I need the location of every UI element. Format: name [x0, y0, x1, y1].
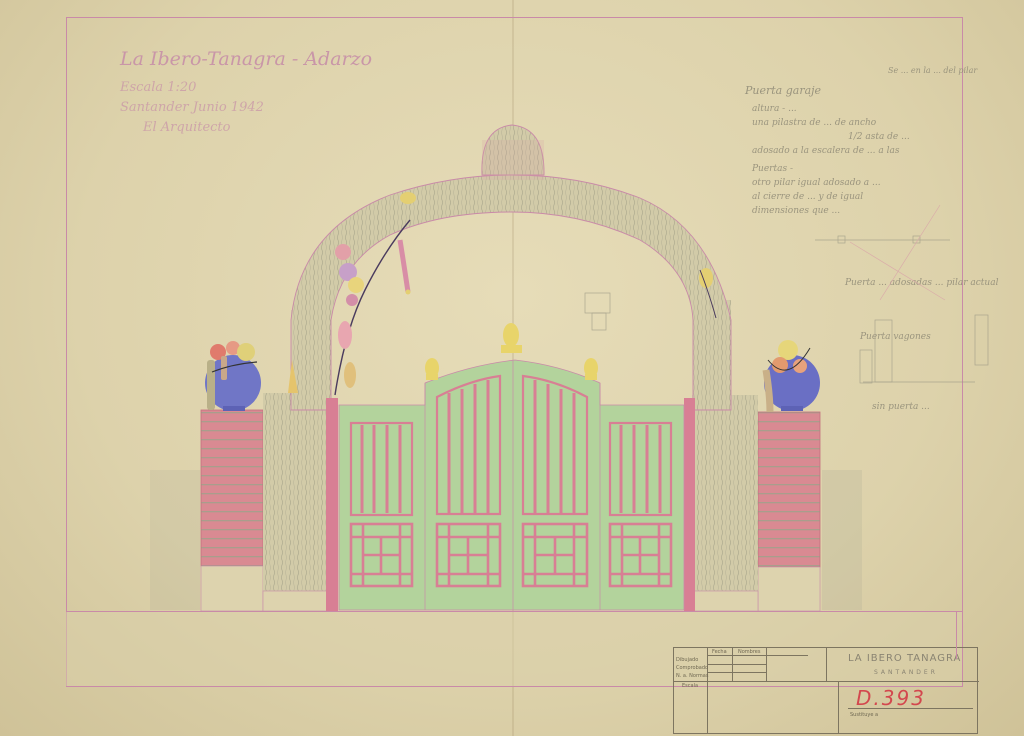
company-name: LA IBERO TANAGRA [848, 653, 961, 664]
title-block: Fecha Nombres Dibujado Comprobado N. a. … [673, 647, 978, 734]
col-nombres: Nombres [738, 649, 760, 655]
row-normas: N. a. Normas [676, 673, 708, 679]
left-flower-urn [205, 341, 261, 411]
right-brick-pillar [758, 412, 820, 611]
drawing-number: D.393 [856, 686, 926, 710]
escala-label: Escala [682, 683, 698, 689]
row-dibujado: Dibujado [676, 657, 698, 663]
company-city: SANTANDER [874, 669, 938, 676]
left-brick-pillar [201, 410, 263, 611]
col-fecha: Fecha [712, 649, 727, 655]
gate-elevation-drawing [0, 0, 1024, 736]
sustituye-label: Sustituye a [850, 712, 878, 718]
right-gate-post [684, 398, 695, 611]
entrance-gate [339, 323, 684, 610]
left-gate-post [326, 398, 338, 611]
right-flower-urn [764, 340, 820, 412]
row-comprobado: Comprobado [676, 665, 708, 671]
title-block-pink-line [956, 611, 957, 659]
drawing-sheet: La Ibero-Tanagra - Adarzo Escala 1:20 Sa… [0, 0, 1024, 736]
